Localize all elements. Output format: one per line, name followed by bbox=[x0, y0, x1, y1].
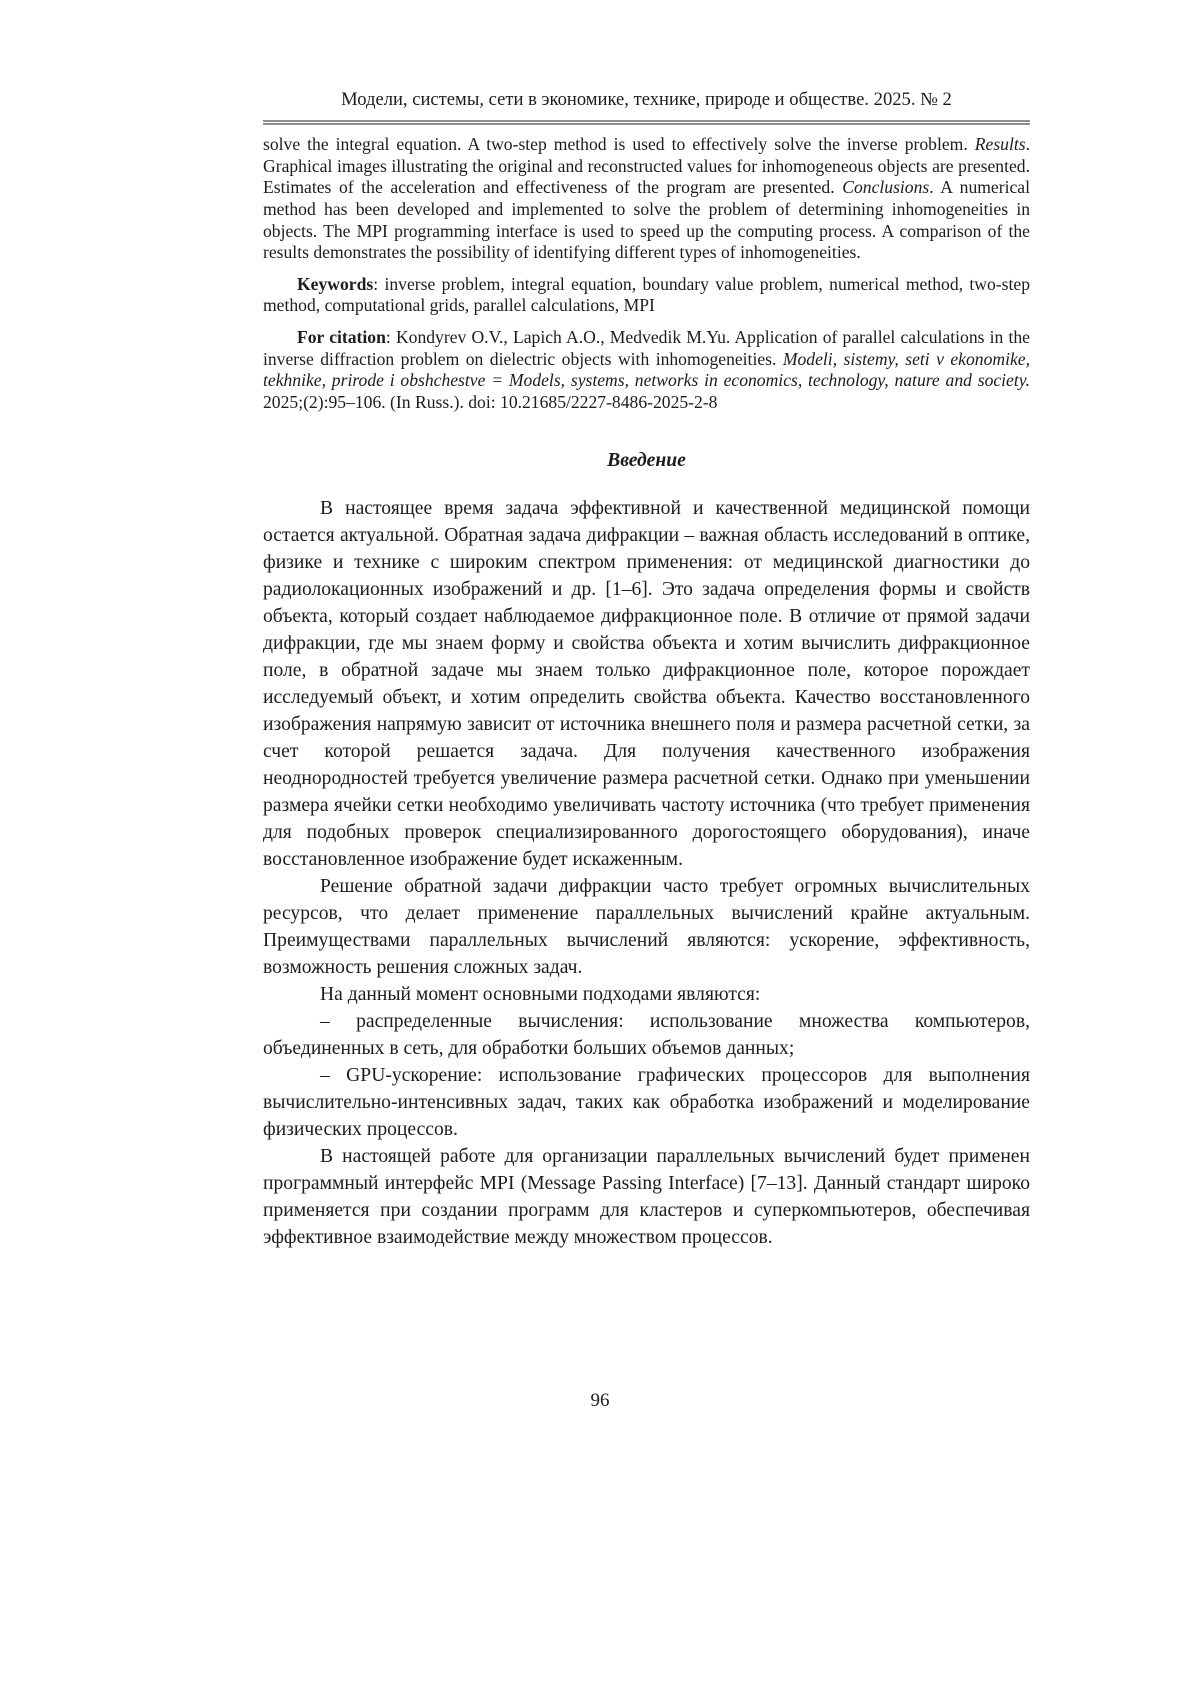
intro-paragraph-2: Решение обратной задачи дифракции часто … bbox=[263, 873, 1030, 981]
content-column: Модели, системы, сети в экономике, техни… bbox=[263, 88, 1030, 1251]
intro-paragraph-6: В настоящей работе для организации парал… bbox=[263, 1143, 1030, 1251]
abstract-paragraph: solve the integral equation. A two-step … bbox=[263, 134, 1030, 264]
intro-list-item-gpu: – GPU-ускорение: использование графическ… bbox=[263, 1062, 1030, 1143]
intro-list-item-distributed: – распределенные вычисления: использован… bbox=[263, 1008, 1030, 1062]
intro-paragraph-1: В настоящее время задача эффективной и к… bbox=[263, 495, 1030, 873]
running-header: Модели, системы, сети в экономике, техни… bbox=[263, 88, 1030, 125]
section-heading-introduction: Введение bbox=[263, 450, 1030, 472]
keywords-paragraph: Keywords: inverse problem, integral equa… bbox=[263, 274, 1030, 317]
page-number: 96 bbox=[0, 1390, 1200, 1412]
for-citation-paragraph: For citation: Kondyrev O.V., Lapich A.O.… bbox=[263, 327, 1030, 413]
intro-paragraph-3: На данный момент основными подходами явл… bbox=[263, 981, 1030, 1008]
journal-page: Модели, системы, сети в экономике, техни… bbox=[0, 0, 1200, 1698]
